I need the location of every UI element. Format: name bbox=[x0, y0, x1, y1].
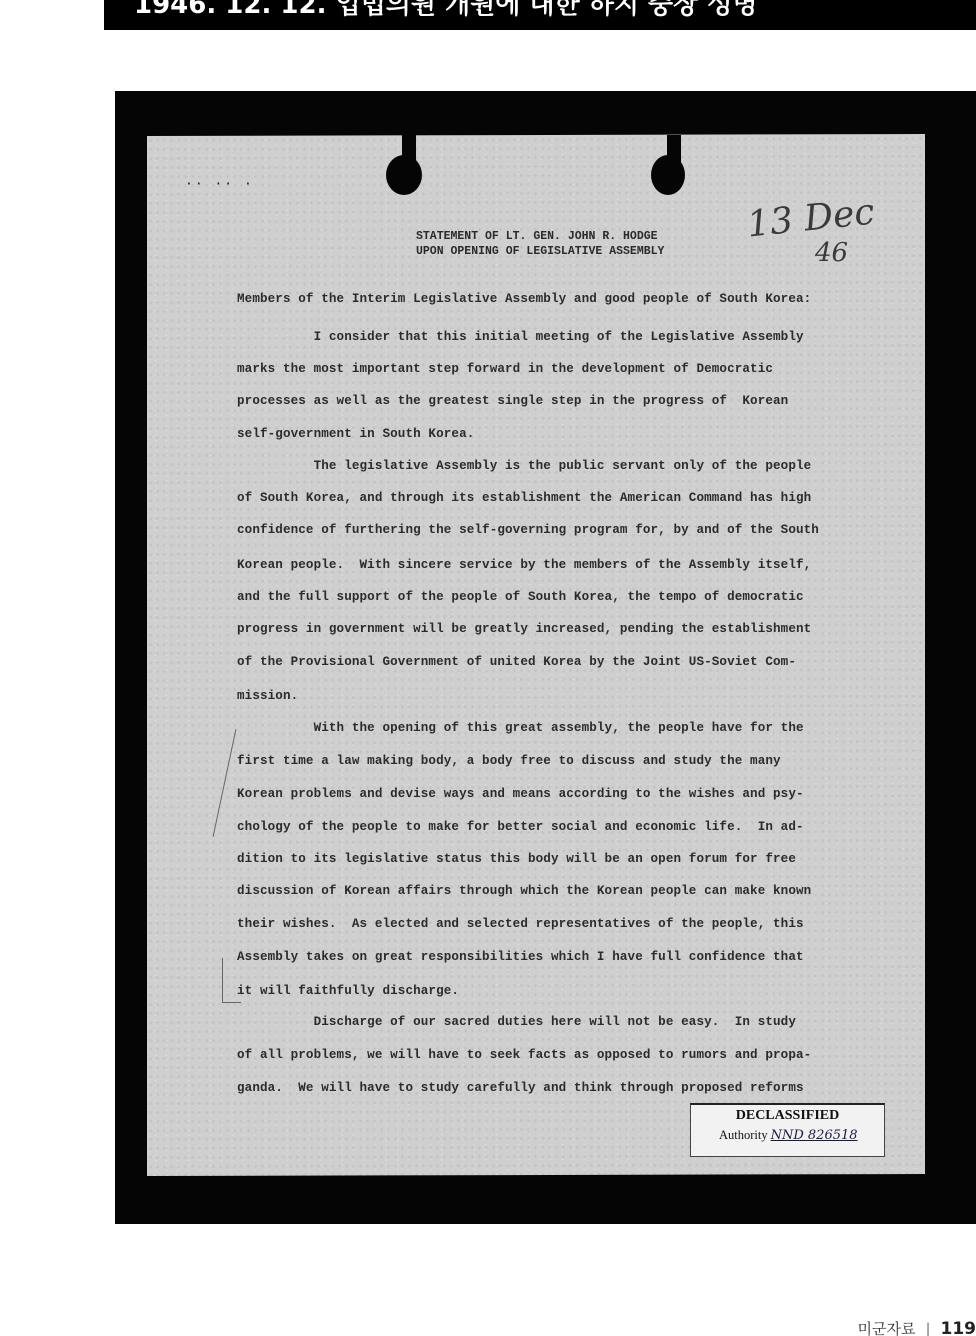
text-line: and the full support of the people of So… bbox=[237, 590, 804, 604]
stamp-title: DECLASSIFIED bbox=[691, 1108, 884, 1124]
text-line: Assembly takes on great responsibilities… bbox=[237, 950, 804, 964]
text-line: of the Provisional Government of united … bbox=[237, 655, 796, 669]
stamp-authority-label: Authority bbox=[719, 1128, 768, 1142]
stamp-authority-value: NND 826518 bbox=[771, 1128, 858, 1143]
text-line: of all problems, we will have to seek fa… bbox=[237, 1048, 811, 1062]
text-line: dition to its legislative status this bo… bbox=[237, 852, 796, 866]
text-line: Discharge of our sacred duties here will… bbox=[237, 1015, 796, 1029]
footer-section: 미군자료 bbox=[857, 1320, 915, 1336]
margin-bracket bbox=[222, 958, 241, 1003]
text-line: mission. bbox=[237, 689, 298, 703]
paper-specks: ·· ·· · bbox=[185, 177, 254, 192]
text-line: their wishes. As elected and selected re… bbox=[237, 917, 804, 931]
text-line: chology of the people to make for better… bbox=[237, 820, 804, 834]
page-number: 119 bbox=[941, 1319, 976, 1336]
text-line: marks the most important step forward in… bbox=[237, 362, 773, 376]
text-line: ganda. We will have to study carefully a… bbox=[237, 1081, 804, 1095]
text-line: progress in government will be greatly i… bbox=[237, 622, 811, 636]
text-line: confidence of furthering the self-govern… bbox=[237, 523, 819, 537]
text-line: Members of the Interim Legislative Assem… bbox=[237, 292, 811, 306]
punch-hole-left bbox=[386, 155, 422, 195]
page-footer: 미군자료|119 bbox=[857, 1318, 976, 1336]
heading-line-2: UPON OPENING OF LEGISLATIVE ASSEMBLY bbox=[416, 244, 664, 259]
text-line: self-government in South Korea. bbox=[237, 427, 474, 441]
text-line: Korean problems and devise ways and mean… bbox=[237, 787, 804, 801]
text-line: processes as well as the greatest single… bbox=[237, 394, 788, 408]
chapter-header-bar: 1946. 12. 12. 입법의원 개원에 대한 하지 중장 성명 bbox=[104, 0, 976, 30]
document-heading: STATEMENT OF LT. GEN. JOHN R. HODGEUPON … bbox=[416, 229, 664, 259]
text-line: I consider that this initial meeting of … bbox=[237, 330, 804, 344]
declassified-stamp: DECLASSIFIED AuthorityNND 826518 bbox=[690, 1103, 885, 1157]
text-line: first time a law making body, a body fre… bbox=[237, 754, 781, 768]
text-line: Korean people. With sincere service by t… bbox=[237, 558, 811, 572]
punch-hole-right bbox=[651, 155, 685, 195]
heading-line-1: STATEMENT OF LT. GEN. JOHN R. HODGE bbox=[416, 229, 664, 244]
chapter-title: 1946. 12. 12. 입법의원 개원에 대한 하지 중장 성명 bbox=[134, 0, 758, 21]
text-line: of South Korea, and through its establis… bbox=[237, 491, 811, 505]
text-line: it will faithfully discharge. bbox=[237, 984, 459, 998]
text-line: With the opening of this great assembly,… bbox=[237, 721, 804, 735]
footer-separator: | bbox=[925, 1320, 930, 1336]
text-line: discussion of Korean affairs through whi… bbox=[237, 884, 811, 898]
text-line: The legislative Assembly is the public s… bbox=[237, 459, 811, 473]
handwritten-year: 46 bbox=[815, 238, 848, 268]
stamp-authority: AuthorityNND 826518 bbox=[719, 1128, 858, 1143]
